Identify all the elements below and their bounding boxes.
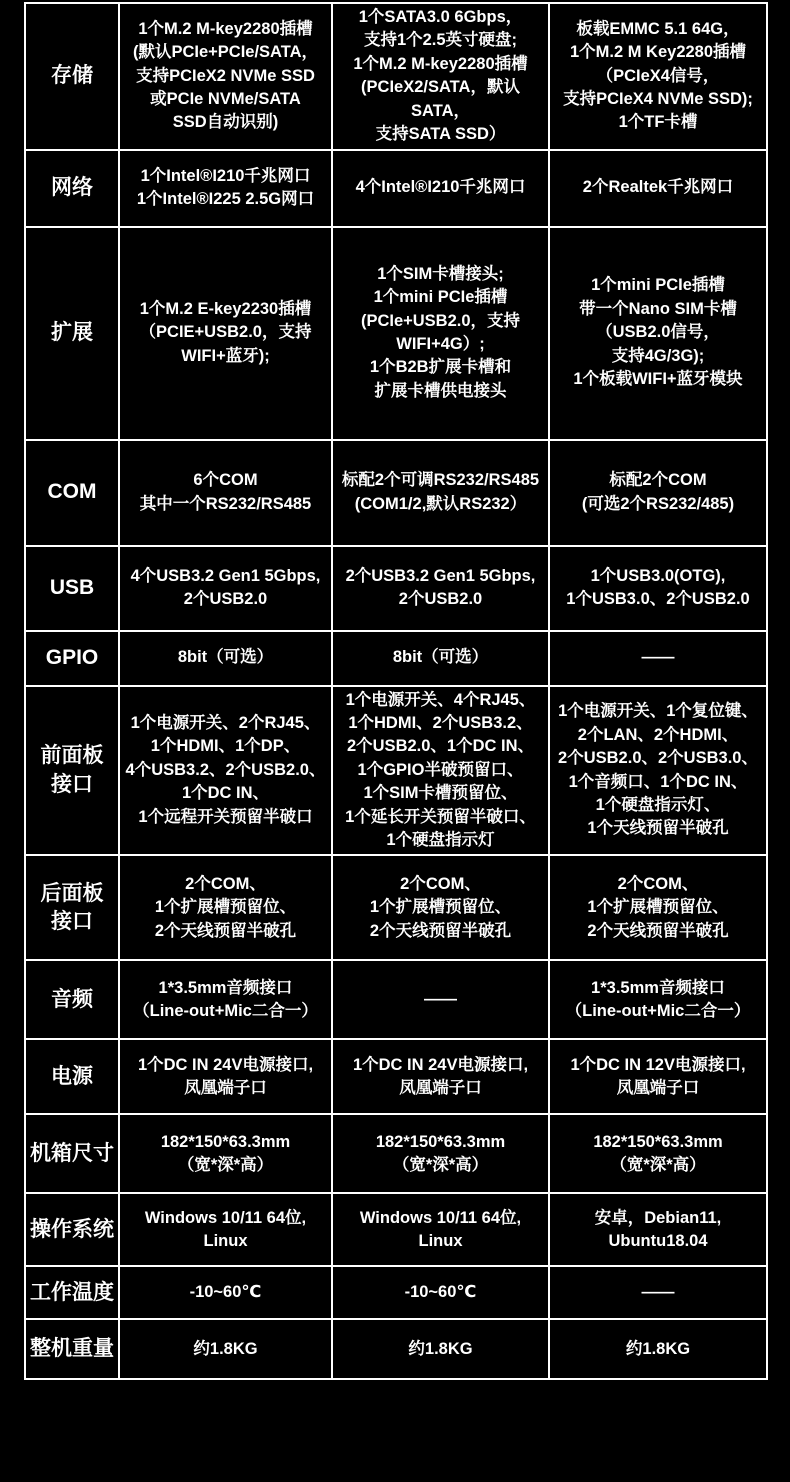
spec-cell: 8bit（可选）: [119, 631, 332, 686]
spec-cell: 2个COM、 1个扩展槽预留位、 2个天线预留半破孔: [332, 855, 549, 960]
spec-cell: ——: [332, 960, 549, 1039]
table-row-chassis-size: 机箱尺寸 182*150*63.3mm （宽*深*高） 182*150*63.3…: [25, 1114, 767, 1193]
spec-cell: 标配2个COM (可选2个RS232/485): [549, 440, 767, 546]
spec-cell: 1*3.5mm音频接口 （Line-out+Mic二合一）: [119, 960, 332, 1039]
spec-cell: 标配2个可调RS232/RS485 (COM1/2,默认RS232）: [332, 440, 549, 546]
spec-cell: 1个M.2 M-key2280插槽 (默认PCIe+PCIe/SATA， 支持P…: [119, 3, 332, 150]
spec-cell: 6个COM 其中一个RS232/RS485: [119, 440, 332, 546]
table-row-expansion: 扩展 1个M.2 E-key2230插槽 （PCIE+USB2.0，支持 WIF…: [25, 227, 767, 440]
table-row-network: 网络 1个Intel®I210千兆网口 1个Intel®I225 2.5G网口 …: [25, 150, 767, 227]
spec-cell: 约1.8KG: [549, 1319, 767, 1379]
table-row-front-panel: 前面板 接口 1个电源开关、2个RJ45、 1个HDMI、1个DP、 4个USB…: [25, 686, 767, 856]
table-row-operating-temp: 工作温度 -10~60℃ -10~60℃ ——: [25, 1266, 767, 1319]
row-header-com: COM: [25, 440, 119, 546]
row-header-weight: 整机重量: [25, 1319, 119, 1379]
spec-cell: 板载EMMC 5.1 64G， 1个M.2 M Key2280插槽 （PCIeX…: [549, 3, 767, 150]
spec-cell: 8bit（可选）: [332, 631, 549, 686]
table-row-audio: 音频 1*3.5mm音频接口 （Line-out+Mic二合一） —— 1*3.…: [25, 960, 767, 1039]
spec-cell: 1个M.2 E-key2230插槽 （PCIE+USB2.0，支持 WIFI+蓝…: [119, 227, 332, 440]
table-row-com: COM 6个COM 其中一个RS232/RS485 标配2个可调RS232/RS…: [25, 440, 767, 546]
row-header-chassis-size: 机箱尺寸: [25, 1114, 119, 1193]
table-row-gpio: GPIO 8bit（可选） 8bit（可选） ——: [25, 631, 767, 686]
spec-cell: 约1.8KG: [119, 1319, 332, 1379]
row-header-rear-panel: 后面板 接口: [25, 855, 119, 960]
spec-cell: 182*150*63.3mm （宽*深*高）: [549, 1114, 767, 1193]
table-row-power: 电源 1个DC IN 24V电源接口, 凤凰端子口 1个DC IN 24V电源接…: [25, 1039, 767, 1114]
row-header-audio: 音频: [25, 960, 119, 1039]
spec-cell: 安卓，Debian11, Ubuntu18.04: [549, 1193, 767, 1266]
spec-cell: ——: [549, 1266, 767, 1319]
spec-cell: 1个DC IN 24V电源接口, 凤凰端子口: [332, 1039, 549, 1114]
spec-cell: 1个USB3.0(OTG), 1个USB3.0、2个USB2.0: [549, 546, 767, 631]
spec-cell: Windows 10/11 64位, Linux: [332, 1193, 549, 1266]
spec-cell: 182*150*63.3mm （宽*深*高）: [119, 1114, 332, 1193]
row-header-os: 操作系统: [25, 1193, 119, 1266]
row-header-operating-temp: 工作温度: [25, 1266, 119, 1319]
spec-cell: 182*150*63.3mm （宽*深*高）: [332, 1114, 549, 1193]
spec-cell: 1个mini PCIe插槽 带一个Nano SIM卡槽 （USB2.0信号， 支…: [549, 227, 767, 440]
spec-cell: 4个Intel®I210千兆网口: [332, 150, 549, 227]
table-row-storage: 存储 1个M.2 M-key2280插槽 (默认PCIe+PCIe/SATA， …: [25, 3, 767, 150]
spec-cell: Windows 10/11 64位, Linux: [119, 1193, 332, 1266]
spec-cell: 1个DC IN 12V电源接口, 凤凰端子口: [549, 1039, 767, 1114]
spec-cell: -10~60℃: [332, 1266, 549, 1319]
spec-cell: 约1.8KG: [332, 1319, 549, 1379]
spec-table: 存储 1个M.2 M-key2280插槽 (默认PCIe+PCIe/SATA， …: [24, 2, 768, 1380]
spec-cell: 2个Realtek千兆网口: [549, 150, 767, 227]
row-header-power: 电源: [25, 1039, 119, 1114]
row-header-storage: 存储: [25, 3, 119, 150]
spec-cell: 1个Intel®I210千兆网口 1个Intel®I225 2.5G网口: [119, 150, 332, 227]
row-header-usb: USB: [25, 546, 119, 631]
spec-cell: 1个SATA3.0 6Gbps， 支持1个2.5英寸硬盘; 1个M.2 M-ke…: [332, 3, 549, 150]
row-header-network: 网络: [25, 150, 119, 227]
table-row-weight: 整机重量 约1.8KG 约1.8KG 约1.8KG: [25, 1319, 767, 1379]
spec-cell: -10~60℃: [119, 1266, 332, 1319]
spec-cell: 2个USB3.2 Gen1 5Gbps, 2个USB2.0: [332, 546, 549, 631]
row-header-expansion: 扩展: [25, 227, 119, 440]
spec-cell: ——: [549, 631, 767, 686]
row-header-gpio: GPIO: [25, 631, 119, 686]
spec-cell: 1个SIM卡槽接头; 1个mini PCIe插槽 (PCIe+USB2.0，支持…: [332, 227, 549, 440]
spec-cell: 1个电源开关、2个RJ45、 1个HDMI、1个DP、 4个USB3.2、2个U…: [119, 686, 332, 856]
spec-cell: 2个COM、 1个扩展槽预留位、 2个天线预留半破孔: [549, 855, 767, 960]
table-row-os: 操作系统 Windows 10/11 64位, Linux Windows 10…: [25, 1193, 767, 1266]
spec-cell: 1个电源开关、1个复位键、 2个LAN、2个HDMI、 2个USB2.0、2个U…: [549, 686, 767, 856]
spec-cell: 4个USB3.2 Gen1 5Gbps, 2个USB2.0: [119, 546, 332, 631]
table-row-usb: USB 4个USB3.2 Gen1 5Gbps, 2个USB2.0 2个USB3…: [25, 546, 767, 631]
spec-cell: 2个COM、 1个扩展槽预留位、 2个天线预留半破孔: [119, 855, 332, 960]
spec-cell: 1个DC IN 24V电源接口, 凤凰端子口: [119, 1039, 332, 1114]
row-header-front-panel: 前面板 接口: [25, 686, 119, 856]
spec-cell: 1个电源开关、4个RJ45、 1个HDMI、2个USB3.2、 2个USB2.0…: [332, 686, 549, 856]
spec-cell: 1*3.5mm音频接口 （Line-out+Mic二合一）: [549, 960, 767, 1039]
table-row-rear-panel: 后面板 接口 2个COM、 1个扩展槽预留位、 2个天线预留半破孔 2个COM、…: [25, 855, 767, 960]
